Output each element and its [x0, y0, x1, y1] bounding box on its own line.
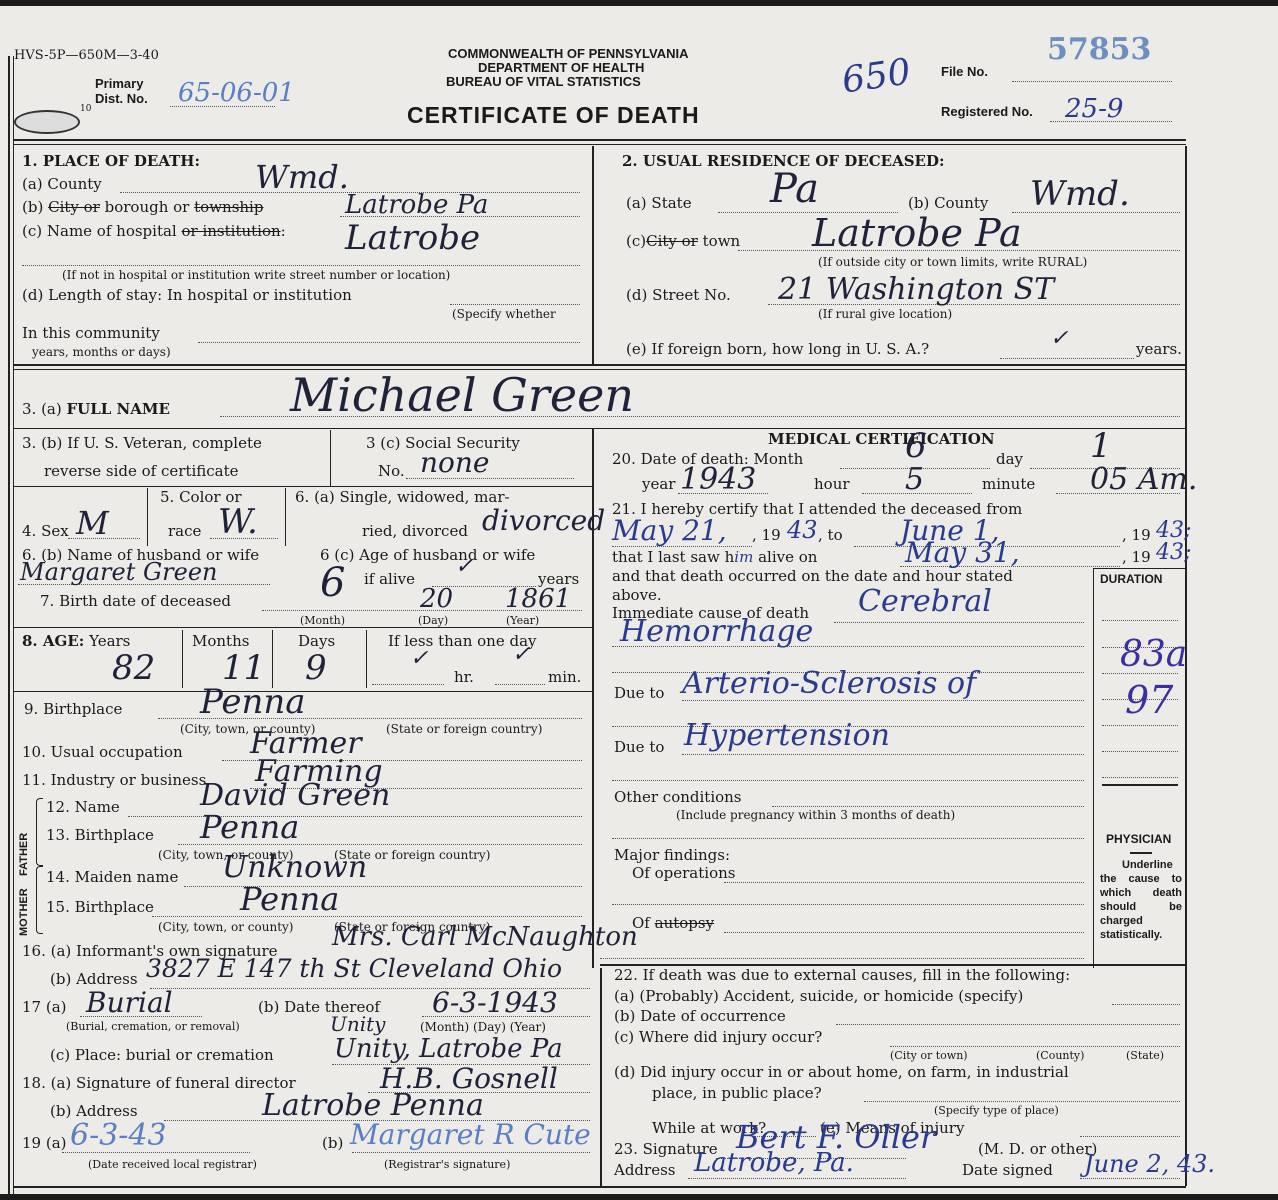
mother-maiden-label: 14. Maiden name: [46, 868, 178, 886]
residence-state-value: Pa: [770, 166, 819, 212]
death-certificate: HVS-5P—650M—3-40 Primary Dist. No. 65-06…: [0, 6, 1278, 1194]
place-of-death-heading: 1. PLACE OF DEATH:: [22, 152, 200, 170]
last-saw-year-prefix: , 19: [1122, 548, 1151, 566]
external-d-label-1: (d) Did injury occur in or about home, o…: [614, 1063, 1069, 1081]
occurred-label-1: and that death occurred on the date and …: [612, 567, 1013, 585]
external-heading: 22. If death was due to external causes,…: [614, 966, 1070, 984]
mother-birthplace-label: 15. Birthplace: [46, 898, 154, 916]
spouse-age-label-2: if alive: [364, 570, 415, 588]
marital-label-1: 6. (a) Single, widowed, mar-: [295, 488, 510, 506]
mother-note-1: (City, town, or county): [158, 920, 293, 934]
marital-value: divorced: [482, 504, 605, 537]
due-to-label-2: Due to: [614, 738, 664, 756]
ssn-label-2: No.: [378, 462, 405, 480]
death-hour-value: 5: [905, 462, 924, 497]
birthplace-value: Penna: [200, 682, 306, 722]
county-label: (a) County: [22, 175, 102, 193]
birth-month-note: (Month): [300, 614, 345, 627]
external-b-label: (b) Date of occurrence: [614, 1007, 786, 1025]
disposition-note: (Burial, cremation, or removal): [66, 1020, 240, 1033]
birth-day-note: (Day): [418, 614, 448, 627]
medical-heading: MEDICAL CERTIFICATION: [768, 430, 995, 448]
page-title: CERTIFICATE OF DEATH: [407, 102, 700, 129]
external-c-label: (c) Where did injury occur?: [614, 1028, 822, 1046]
physician-note: Underline the cause to which death shoul…: [1100, 858, 1182, 942]
father-side-label: FATHER: [18, 836, 30, 876]
age-min-label: min.: [548, 668, 581, 686]
mother-birthplace-value: Penna: [240, 880, 339, 918]
father-birthplace-value: Penna: [200, 808, 299, 846]
registrar-signature-note: (Registrar's signature): [384, 1158, 510, 1171]
to-year-prefix: , 19: [1122, 526, 1151, 544]
registrar-signature-label: (b): [322, 1134, 343, 1152]
father-name-label: 12. Name: [46, 798, 120, 816]
burial-place-value: Unity, Latrobe Pa: [334, 1034, 563, 1064]
duration-code-2: 97: [1125, 678, 1173, 722]
age-min-check: ✓: [512, 642, 530, 667]
spouse-value: Margaret Green: [20, 558, 217, 586]
other-conditions-note: (Include pregnancy within 3 months of de…: [676, 808, 955, 822]
father-birthplace-label: 13. Birthplace: [46, 826, 154, 844]
birthplace-note-2: (State or foreign country): [386, 722, 542, 736]
death-day-value: 1: [1090, 426, 1112, 466]
burial-place-label: (c) Place: burial or cremation: [50, 1046, 274, 1064]
left-border-inner: [13, 56, 14, 1196]
stay-note: (Specify whether: [452, 307, 556, 321]
birth-label: 7. Birth date of deceased: [40, 592, 231, 610]
father-bracket: [36, 798, 43, 866]
file-no-value: 57853: [1047, 32, 1151, 67]
primary-dist-label-2: Dist. No.: [95, 91, 148, 106]
full-name-value: Michael Green: [290, 368, 634, 422]
md-label: (M. D. or other): [978, 1140, 1097, 1158]
stay-label: (d) Length of stay: In hospital or insti…: [22, 286, 352, 304]
residence-town-value: Latrobe Pa: [812, 211, 1022, 255]
registrar-date-value: 6-3-43: [70, 1118, 167, 1153]
age-hr-check: ✓: [410, 646, 428, 671]
external-d-label-2: place, in public place?: [652, 1084, 822, 1102]
due-to-label-1: Due to: [614, 684, 664, 702]
age-years-value: 82: [112, 648, 155, 688]
death-day-label: day: [996, 450, 1023, 468]
registered-no-label: Registered No.: [941, 104, 1033, 119]
external-c-note-2: (County): [1036, 1049, 1084, 1062]
borough-label: (b) City or borough or township: [22, 198, 263, 216]
death-minute-value: 05 Am.: [1090, 462, 1197, 497]
informant-address-value: 3827 E 147 th St Cleveland Ohio: [146, 954, 562, 983]
disposition-label: 17 (a): [22, 998, 67, 1016]
birthplace-label: 9. Birthplace: [24, 700, 122, 718]
attended-from-value: May 21,: [612, 514, 727, 547]
full-name-label: 3. (a) 3. (a) FULL NAMEFULL NAME: [22, 400, 170, 418]
birth-year-note: (Year): [506, 614, 539, 627]
external-d-note: (Specify type of place): [934, 1104, 1059, 1117]
registrar-date-note: (Date received local registrar): [88, 1158, 257, 1171]
town-label: (c)City or town: [626, 232, 740, 250]
due-to-2-value: Hypertension: [684, 718, 890, 753]
hospital-label: (c) Name of hospital or institution:: [22, 222, 286, 240]
residence-county-value: Wmd.: [1030, 174, 1130, 214]
agency-line-1: COMMONWEALTH OF PENNSYLVANIA: [448, 46, 689, 61]
disposition-value: Burial: [86, 986, 173, 1019]
community-label: In this community: [22, 324, 160, 342]
death-year-label: year: [642, 475, 675, 493]
death-hour-label: hour: [814, 475, 850, 493]
birth-month-value: 6: [320, 560, 345, 606]
foreign-suffix: years.: [1136, 340, 1182, 358]
registrar-date-label: 19 (a): [22, 1134, 67, 1152]
from-year-value: 43: [787, 516, 818, 544]
industry-label: 11. Industry or business: [22, 771, 206, 789]
physician-address-label: Address: [614, 1161, 675, 1179]
registered-no-value: 25-9: [1065, 94, 1123, 124]
seal-number: 10: [80, 104, 91, 114]
last-saw-label: that I last saw him alive on: [612, 548, 817, 566]
state-label: (a) State: [626, 194, 692, 212]
foreign-check: ✓: [1050, 326, 1068, 351]
cemetery-note: Unity: [330, 1012, 385, 1036]
occurred-label-2: above.: [612, 586, 662, 604]
ssn-value: none: [420, 446, 490, 479]
mother-side-label: MOTHER: [18, 896, 30, 936]
physician-address-value: Latrobe, Pa.: [694, 1148, 854, 1178]
funeral-director-label: 18. (a) Signature of funeral director: [22, 1074, 296, 1092]
marital-label-2: ried, divorced: [362, 522, 468, 540]
occupation-label: 10. Usual occupation: [22, 743, 183, 761]
death-minute-label: minute: [982, 475, 1035, 493]
immediate-cause-value-1: Cerebral: [858, 584, 992, 619]
operations-label: Of operations: [632, 864, 735, 882]
physician-heading: PHYSICIAN: [1106, 832, 1171, 846]
last-saw-year-value: 43;: [1156, 540, 1191, 565]
other-conditions-label: Other conditions: [614, 788, 742, 806]
informant-signature-value: Mrs. Carl McNaughton: [332, 922, 638, 952]
veteran-label-1: 3. (b) If U. S. Veteran, complete: [22, 434, 262, 452]
immediate-cause-value-2: Hemorrhage: [620, 614, 813, 649]
from-year-prefix: , 19: [752, 526, 781, 544]
birth-year-value: 1861: [505, 584, 571, 614]
mother-bracket: [36, 866, 43, 934]
age-days-value: 9: [305, 648, 327, 688]
burial-date-value: 6-3-1943: [432, 986, 558, 1019]
date-signed-value: June 2, 43.: [1084, 1150, 1215, 1178]
death-month-value: 6: [905, 426, 927, 466]
spouse-age-check: ✓: [455, 554, 473, 579]
spouse-age-label-1: 6 (c) Age of husband or wife: [320, 546, 535, 564]
external-a-label: (a) (Probably) Accident, suicide, or hom…: [614, 987, 1023, 1005]
autopsy-label: Of autopsyOf autopsy: [632, 914, 714, 932]
street-note: (If rural give location): [818, 307, 952, 321]
major-findings-label: Major findings:: [614, 846, 730, 864]
town-note: (If outside city or town limits, write R…: [818, 255, 1087, 269]
to-label: , to: [818, 526, 843, 544]
external-c-note-1: (City or town): [890, 1049, 968, 1062]
primary-dist-label-1: Primary: [95, 76, 143, 91]
last-saw-value: May 31,: [905, 536, 1020, 569]
hospital-note: (If not in hospital or institution write…: [62, 268, 450, 282]
duration-heading: DURATION: [1100, 572, 1162, 586]
street-label: (d) Street No.: [626, 286, 731, 304]
color-label-2: race: [168, 522, 201, 540]
agency-line-2: DEPARTMENT OF HEALTH: [478, 60, 644, 75]
community-note: years, months or days): [32, 345, 171, 359]
date-signed-label: Date signed: [962, 1161, 1053, 1179]
file-no-label: File No.: [941, 64, 988, 79]
residence-county-label: (b) County: [908, 194, 988, 212]
form-code: HVS-5P—650M—3-40: [14, 48, 159, 63]
hospital-value: Latrobe: [345, 218, 480, 258]
death-year-value: 1943: [680, 462, 756, 497]
sex-value: M: [76, 504, 109, 542]
veteran-label-2: reverse side of certificate: [44, 462, 239, 480]
registrar-signature-value: Margaret R Cute: [350, 1118, 591, 1151]
external-c-note-3: (State): [1126, 1049, 1164, 1062]
death-county-value: Wmd.: [255, 158, 349, 196]
sex-label: 4. Sex: [22, 522, 69, 540]
race-value: W.: [218, 502, 258, 542]
primary-dist-value: 65-06-01: [178, 78, 295, 108]
due-to-1-value: Arterio-Sclerosis of: [682, 666, 976, 701]
death-borough-value: Latrobe Pa: [345, 190, 488, 220]
union-label-seal-icon: [14, 110, 80, 134]
age-hr-label: hr.: [454, 668, 474, 686]
birth-day-value: 20: [420, 584, 453, 614]
burial-date-note: (Month) (Day) (Year): [420, 1020, 546, 1034]
left-border: [8, 56, 10, 1196]
street-value: 21 Washington ST: [778, 272, 1054, 307]
agency-line-3: BUREAU OF VITAL STATISTICS: [446, 74, 641, 89]
foreign-label: (e) If foreign born, how long in U. S. A…: [626, 340, 929, 358]
duration-code-1: 83a: [1120, 634, 1187, 675]
margin-note: 650: [839, 51, 913, 101]
